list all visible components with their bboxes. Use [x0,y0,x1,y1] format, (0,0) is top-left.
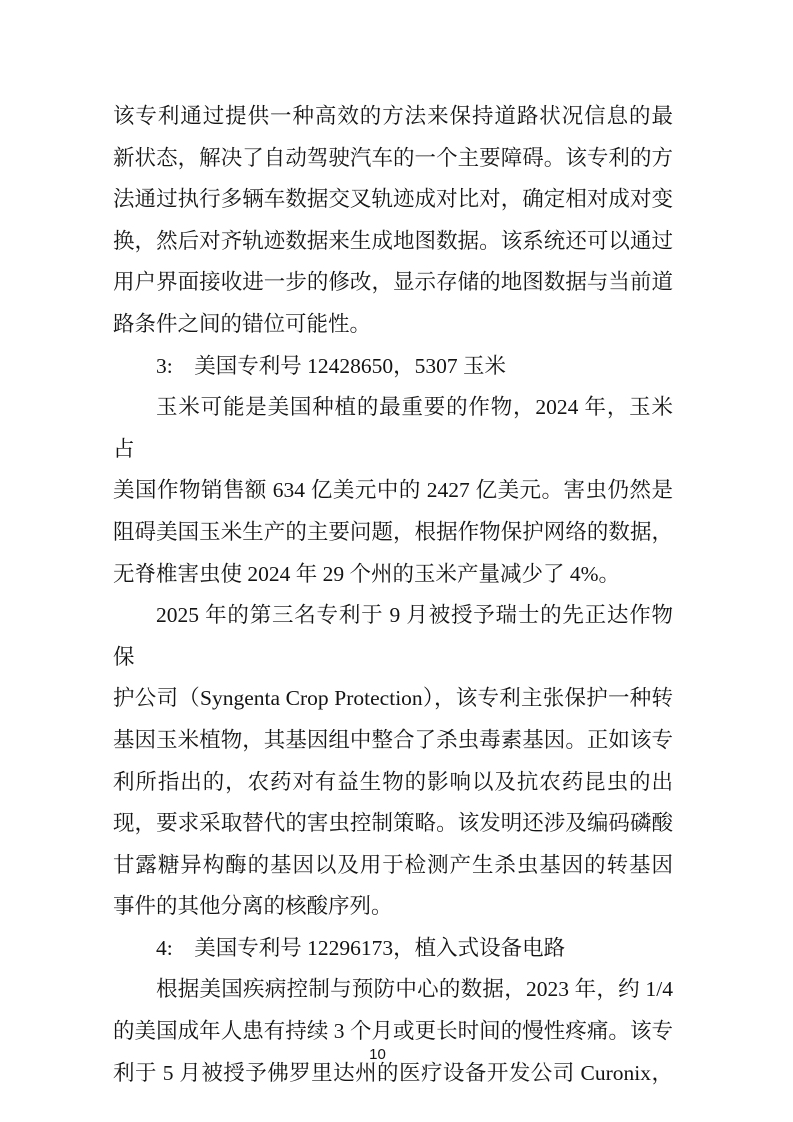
document-body: 该专利通过提供一种高效的方法来保持道路状况信息的最 新状态，解决了自动驾驶汽车的… [113,96,673,1094]
patent-3-heading: 3: 美国专利号 12428650，5307 玉米 [113,346,673,388]
text-line: 2025 年的第三名专利于 9 月被授予瑞士的先正达作物保 [113,595,673,678]
text-line: 基因玉米植物，其基因组中整合了杀虫毒素基因。正如该专 [113,720,673,762]
text-line: 护公司（Syngenta Crop Protection），该专利主张保护一种转 [113,678,673,720]
text-line: 甘露糖异构酶的基因以及用于检测产生杀虫基因的转基因 [113,845,673,887]
text-line: 新状态，解决了自动驾驶汽车的一个主要障碍。该专利的方 [113,138,673,180]
text-line: 该专利通过提供一种高效的方法来保持道路状况信息的最 [113,96,673,138]
text-line: 法通过执行多辆车数据交叉轨迹成对比对，确定相对成对变 [113,179,673,221]
text-line: 用户界面接收进一步的修改，显示存储的地图数据与当前道 [113,262,673,304]
text-line: 现，要求采取替代的害虫控制策略。该发明还涉及编码磷酸 [113,803,673,845]
page-number: 10 [0,1046,774,1064]
text-line: 无脊椎害虫使 2024 年 29 个州的玉米产量减少了 4%。 [113,554,673,596]
text-line: 阻碍美国玉米生产的主要问题，根据作物保护网络的数据， [113,512,673,554]
text-line: 利所指出的，农药对有益生物的影响以及抗农药昆虫的出 [113,762,673,804]
text-line: 根据美国疾病控制与预防中心的数据，2023 年，约 1/4 [113,969,673,1011]
text-line: 事件的其他分离的核酸序列。 [113,886,673,928]
text-line: 路条件之间的错位可能性。 [113,304,673,346]
text-line: 美国作物销售额 634 亿美元中的 2427 亿美元。害虫仍然是 [113,470,673,512]
text-line: 玉米可能是美国种植的最重要的作物，2024 年，玉米占 [113,387,673,470]
text-line: 换，然后对齐轨迹数据来生成地图数据。该系统还可以通过 [113,221,673,263]
patent-4-heading: 4: 美国专利号 12296173，植入式设备电路 [113,928,673,970]
document-page: 该专利通过提供一种高效的方法来保持道路状况信息的最 新状态，解决了自动驾驶汽车的… [0,0,793,1122]
